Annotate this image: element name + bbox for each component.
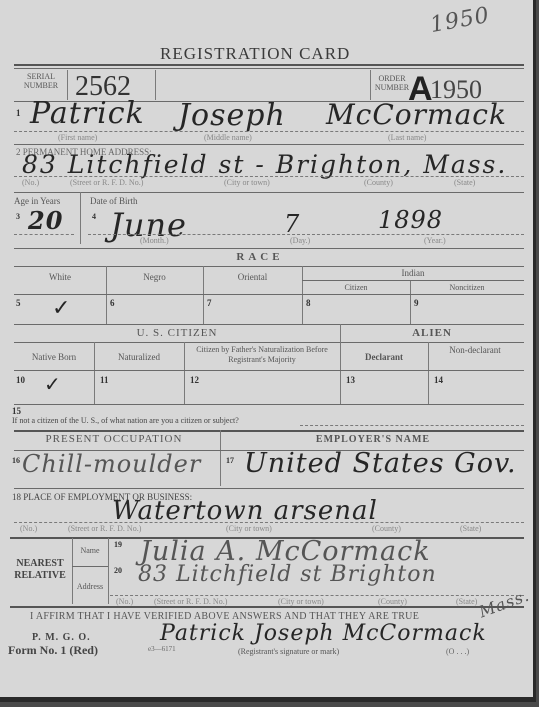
race-heading: RACE xyxy=(230,251,290,263)
pmgo-label: P. M. G. O. xyxy=(32,632,91,643)
divider xyxy=(14,266,524,267)
field-15-question: If not a citizen of the U. S., of what n… xyxy=(12,416,239,425)
field-1-number: 1 xyxy=(16,108,21,118)
card-title: REGISTRATION CARD xyxy=(160,44,350,64)
field-17-number: 17 xyxy=(226,456,234,465)
over-label: (O . . .) xyxy=(446,647,469,656)
employment-sublabel-street: (Street or R. F. D. No.) xyxy=(68,524,141,533)
order-label: ORDER NUMBER xyxy=(372,74,412,92)
address-sublabel-county: (County) xyxy=(364,178,393,187)
employment-sublabel-no: (No.) xyxy=(20,524,37,533)
dob-label: Date of Birth xyxy=(90,196,138,206)
relative-name-label: Name xyxy=(72,546,108,555)
birth-year: 1898 xyxy=(378,206,443,234)
nondeclarant-label: Non-declarant xyxy=(440,345,510,355)
address-sublabel-street: (Street or R. F. D. No.) xyxy=(70,178,143,187)
nation-answer-line xyxy=(300,425,524,426)
race-white-checkmark: ✓ xyxy=(52,296,71,321)
divider xyxy=(14,131,524,132)
naturalized-label: Naturalized xyxy=(94,352,184,362)
relative-address-label: Address xyxy=(72,582,108,591)
race-indian-citizen-number: 8 xyxy=(306,298,311,308)
divider xyxy=(14,68,524,69)
relative-sublabel-street: (Street or R. F. D. No.) xyxy=(154,597,227,606)
occupation-value: Chill-moulder xyxy=(22,450,201,478)
registrant-signature: Patrick Joseph McCormack xyxy=(160,621,487,646)
corner-note: 1950 xyxy=(428,3,491,38)
race-oriental-label: Oriental xyxy=(203,272,302,282)
nondeclarant-number: 14 xyxy=(434,375,443,385)
field-16-number: 16 xyxy=(12,456,20,465)
divider xyxy=(370,70,371,100)
day-label: (Day.) xyxy=(290,236,310,245)
race-indian-label: Indian xyxy=(302,268,524,278)
field-19-number: 19 xyxy=(114,540,122,549)
serial-label-text: SERIAL NUMBER xyxy=(24,72,58,90)
divider xyxy=(428,342,429,404)
divider xyxy=(14,64,524,66)
race-indian-noncitizen-number: 9 xyxy=(414,298,419,308)
relative-state-value: Mass. xyxy=(476,586,532,622)
address-sublabel-no: (No.) xyxy=(22,178,39,187)
divider xyxy=(14,430,524,432)
race-white-number: 5 xyxy=(16,298,21,308)
father-naturalization-label: Citizen by Father's Naturalization Befor… xyxy=(188,345,336,365)
divider xyxy=(72,566,108,567)
race-negro-number: 6 xyxy=(110,298,115,308)
relative-sublabel-no: (No.) xyxy=(116,597,133,606)
middle-name: Joseph xyxy=(178,98,286,133)
occupation-heading: PRESENT OCCUPATION xyxy=(14,433,214,445)
naturalized-number: 11 xyxy=(100,375,109,385)
divider xyxy=(14,248,524,249)
divider xyxy=(14,404,524,405)
address-sublabel-state: (State) xyxy=(454,178,475,187)
divider xyxy=(302,280,524,281)
divider xyxy=(14,192,524,193)
first-name: Patrick xyxy=(30,96,145,131)
race-white-label: White xyxy=(14,272,106,282)
divider xyxy=(14,488,524,489)
year-label: (Year.) xyxy=(424,236,446,245)
divider xyxy=(184,342,185,404)
registration-card: 1950 REGISTRATION CARD SERIAL NUMBER 256… xyxy=(0,0,536,702)
relative-sublabel-state: (State) xyxy=(456,597,477,606)
relative-sublabel-city: (City or town) xyxy=(278,597,324,606)
race-indian-noncitizen-label: Noncitizen xyxy=(410,283,524,292)
relative-sublabel-county: (County) xyxy=(378,597,407,606)
form-number-label: Form No. 1 (Red) xyxy=(8,643,98,658)
month-label: (Month.) xyxy=(140,236,169,245)
divider xyxy=(14,144,524,145)
alien-heading: ALIEN xyxy=(340,327,524,339)
divider xyxy=(14,342,524,343)
last-name-label: (Last name) xyxy=(388,133,426,142)
age-label: Age in Years xyxy=(14,196,60,206)
relative-address-value: 83 Litchfield st Brighton xyxy=(138,562,437,587)
age-value: 20 xyxy=(28,206,63,235)
field-4-number: 4 xyxy=(92,212,96,221)
divider xyxy=(88,234,524,235)
divider xyxy=(10,606,524,608)
us-citizen-heading: U. S. CITIZEN xyxy=(14,327,340,339)
employment-sublabel-city: (City or town) xyxy=(226,524,272,533)
divider xyxy=(14,294,524,295)
field-3-number: 3 xyxy=(16,212,20,221)
race-indian-citizen-label: Citizen xyxy=(302,283,410,292)
address-sublabel-city: (City or town) xyxy=(224,178,270,187)
race-oriental-number: 7 xyxy=(207,298,212,308)
order-label-text: ORDER NUMBER xyxy=(375,74,409,92)
divider xyxy=(220,430,221,486)
signature-label: (Registrant's signature or mark) xyxy=(238,647,339,656)
print-code: e3—6171 xyxy=(148,645,176,653)
race-negro-label: Negro xyxy=(106,272,203,282)
home-address-value: 83 Litchfield st - Brighton, Mass. xyxy=(22,150,507,179)
native-born-label: Native Born xyxy=(14,352,94,362)
divider xyxy=(80,192,81,244)
nearest-relative-heading: NEAREST RELATIVE xyxy=(10,558,70,582)
field-15-number: 15 xyxy=(12,406,21,416)
declarant-label: Declarant xyxy=(340,352,428,362)
divider xyxy=(14,234,74,235)
divider xyxy=(14,370,524,371)
declarant-number: 13 xyxy=(346,375,355,385)
serial-label: SERIAL NUMBER xyxy=(18,72,64,90)
divider xyxy=(14,324,524,325)
first-name-label: (First name) xyxy=(58,133,97,142)
native-born-checkmark: ✓ xyxy=(44,372,62,396)
employment-sublabel-county: (County) xyxy=(372,524,401,533)
employer-value: United States Gov. xyxy=(244,448,517,479)
divider xyxy=(155,70,156,100)
father-naturalization-number: 12 xyxy=(190,375,199,385)
divider xyxy=(14,522,524,523)
divider xyxy=(108,538,109,604)
middle-name-label: (Middle name) xyxy=(204,133,252,142)
employment-sublabel-state: (State) xyxy=(460,524,481,533)
divider xyxy=(14,176,524,177)
divider xyxy=(340,324,341,404)
divider xyxy=(110,595,524,596)
last-name: McCormack xyxy=(326,98,507,131)
field-20-number: 20 xyxy=(114,566,122,575)
employer-heading: EMPLOYER'S NAME xyxy=(222,434,524,445)
native-born-number: 10 xyxy=(16,375,25,385)
